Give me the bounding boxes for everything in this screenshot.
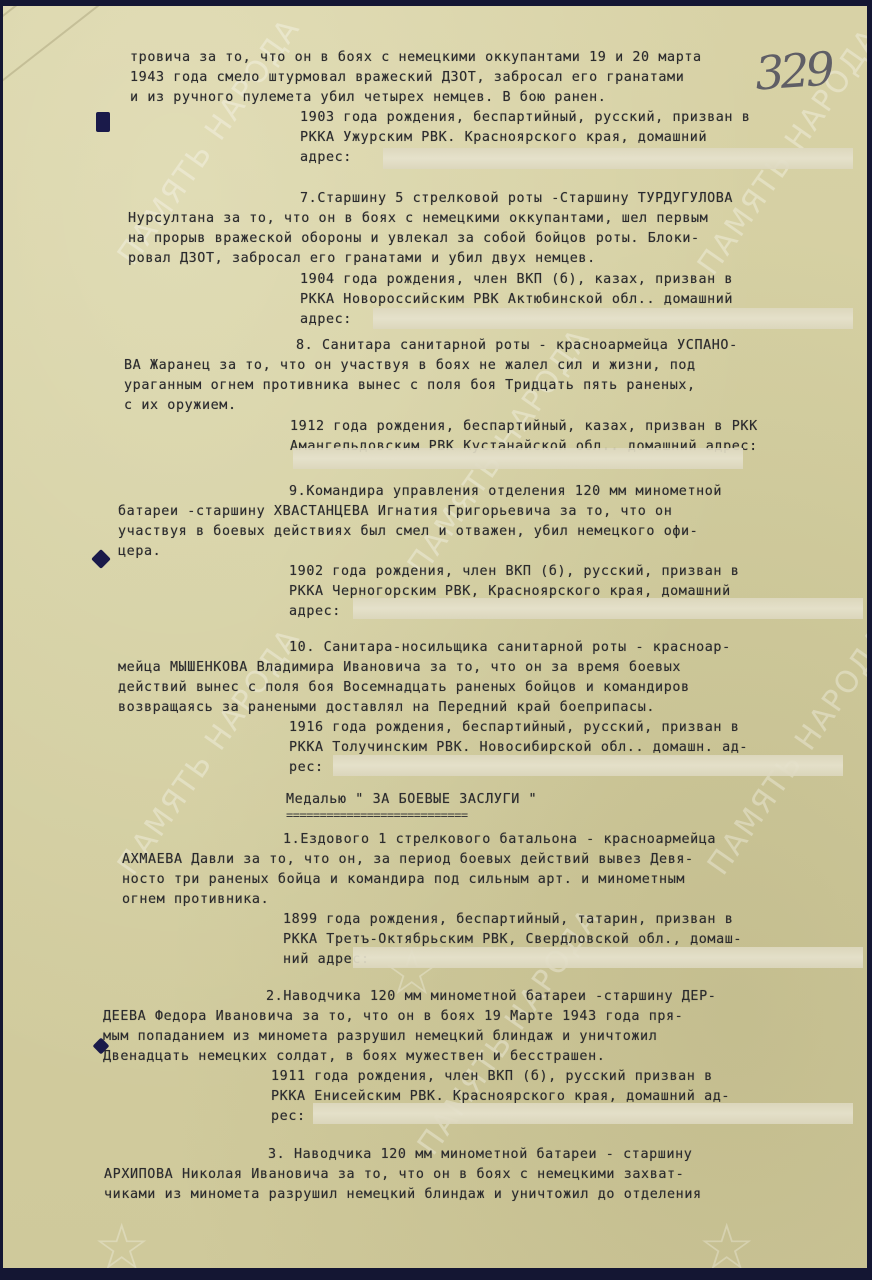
star-watermark-icon: ☆ [93, 1211, 150, 1268]
entry-7-line: адрес: [300, 312, 352, 327]
entries-continuation-line: адрес: [300, 150, 352, 165]
star-watermark-icon: ☆ [698, 1211, 755, 1268]
document-page: ПАМЯТЬ НАРОДА ПАМЯТЬ НАРОДА ПАМЯТЬ НАРОД… [3, 6, 867, 1268]
entry-10-line: рес: [289, 760, 324, 775]
entry-9-line: 1902 года рождения, член ВКП (б), русски… [289, 564, 739, 579]
entry-9-line: участвуя в боевых действиях был смел и о… [118, 524, 698, 539]
redacted-address-bar [353, 947, 863, 968]
entries-continuation-line: 1943 года смело штурмовал вражеский ДЗОТ… [130, 70, 684, 85]
entry-10-line: 10. Санитара-носильщика санитарной роты … [289, 640, 731, 655]
medal-entry-3-line: 3. Наводчика 120 мм минометной батареи -… [268, 1147, 692, 1162]
entry-7-line: на прорыв вражеской обороны и увлекал за… [128, 231, 700, 246]
medal-entry-2-line: Двенадцать немецких солдат, в боях мужес… [103, 1049, 605, 1064]
entry-8-line: ВА Жаранец за то, что он участвуя в боях… [124, 358, 696, 373]
entry-7-line: 7.Старшину 5 стрелковой роты -Старшину Т… [300, 191, 733, 206]
medal-entry-1-line: АХМАЕВА Давли за то, что он, за период б… [122, 852, 694, 867]
entry-9-line: адрес: [289, 604, 341, 619]
medal-entry-3-line: чиками из миномета разрушил немецкий бли… [104, 1187, 702, 1202]
entry-7-line: ровал ДЗОТ, забросал его гранатами и уби… [128, 251, 596, 266]
medal-entry-1-line: 1899 года рождения, беспартийный, татари… [283, 912, 733, 927]
medal-entry-2-line: мым попаданием из миномета разрушил неме… [103, 1029, 657, 1044]
entry-7-line: РККА Новороссийским РВК Актюбинской обл.… [300, 292, 733, 307]
medal-entry-1-line: носто три раненых бойца и командира под … [122, 872, 685, 887]
medal-entry-2-line: РККА Енисейским РВК. Красноярского края,… [271, 1089, 730, 1104]
medal-entry-3-line: АРХИПОВА Николая Ивановича за то, что он… [104, 1167, 684, 1182]
entry-8-line: с их оружием. [124, 398, 237, 413]
redacted-address-bar [313, 1103, 853, 1124]
entries-continuation-line: и из ручного пулемета убил четырех немце… [130, 90, 606, 105]
medal-heading: Медалью " ЗА БОЕВЫЕ ЗАСЛУГИ " [286, 792, 537, 807]
entry-10-line: 1916 года рождения, беспартийный, русски… [289, 720, 739, 735]
redacted-address-bar [333, 755, 843, 776]
entry-10-line: возвращаясь за ранеными доставлял на Пер… [118, 700, 655, 715]
handwritten-page-number: 329 [753, 41, 832, 100]
entries-continuation-line: РККА Ужурским РВК. Красноярского края, д… [300, 130, 707, 145]
entry-9-line: цера. [118, 544, 161, 559]
medal-entry-2-line: рес: [271, 1109, 306, 1124]
entry-8-line: ураганным огнем противника вынес с поля … [124, 378, 696, 393]
entries-continuation-line: тровича за то, что он в боях с немецкими… [130, 50, 702, 65]
medal-entry-1-line: 1.Ездового 1 стрелкового батальона - кра… [283, 832, 716, 847]
medal-entry-1-line: огнем противника. [122, 892, 269, 907]
entry-7-line: Нурсултана за то, что он в боях с немецк… [128, 211, 708, 226]
medal-heading-underline: =========================== [286, 808, 468, 822]
redacted-address-bar [293, 448, 743, 469]
entry-10-line: действий вынес с поля боя Восемнадцать р… [118, 680, 690, 695]
medal-entry-2-line: 1911 года рождения, член ВКП (б), русски… [271, 1069, 713, 1084]
punch-hole [96, 112, 110, 132]
entry-8-line: 1912 года рождения, беспартийный, казах,… [290, 419, 758, 434]
medal-entry-2-line: ДЕЕВА Федора Ивановича за то, что он в б… [103, 1009, 683, 1024]
entry-9-line: РККА Черногорским РВК, Красноярского кра… [289, 584, 731, 599]
entry-10-line: мейца МЫШЕНКОВА Владимира Ивановича за т… [118, 660, 681, 675]
entry-9-line: 9.Командира управления отделения 120 мм … [289, 484, 722, 499]
redacted-address-bar [353, 598, 863, 619]
medal-entry-2-line: 2.Наводчика 120 мм минометной батареи -с… [266, 989, 716, 1004]
paper-fold [3, 6, 306, 128]
medal-entry-1-line: РККА Третъ-Октябрьским РВК, Свердловской… [283, 932, 742, 947]
entry-9-line: батареи -старшину ХВАСТАНЦЕВА Игнатия Гр… [118, 504, 672, 519]
entries-continuation-line: 1903 года рождения, беспартийный, русски… [300, 110, 750, 125]
entry-8-line: 8. Санитара санитарной роты - красноарме… [296, 338, 738, 353]
paper-fold [3, 6, 263, 48]
punch-hole [91, 549, 111, 569]
entry-10-line: РККА Толучинским РВК. Новосибирской обл.… [289, 740, 748, 755]
redacted-address-bar [383, 148, 853, 169]
entry-7-line: 1904 года рождения, член ВКП (б), казах,… [300, 272, 733, 287]
redacted-address-bar [373, 308, 853, 329]
